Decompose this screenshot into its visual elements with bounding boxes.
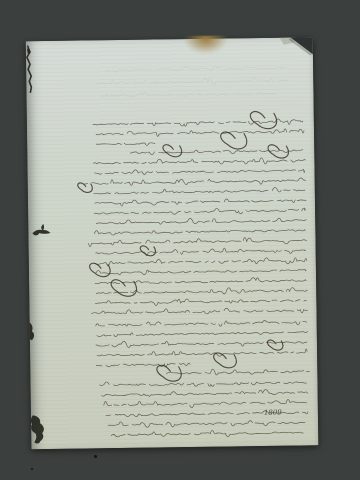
photo-of-manuscript: { "scene": { "description": "Photograph … bbox=[0, 0, 360, 480]
dust-speck bbox=[31, 468, 33, 470]
manuscript-page: 1809 bbox=[26, 37, 319, 449]
dust-speck bbox=[94, 455, 97, 458]
cursive-text-lines bbox=[77, 111, 310, 439]
show-through-ghost-text bbox=[96, 65, 288, 97]
handwriting-layer: 1809 bbox=[26, 37, 319, 449]
legible-fragment-1809: 1809 bbox=[264, 408, 283, 417]
edge-ink-marks bbox=[26, 46, 54, 444]
